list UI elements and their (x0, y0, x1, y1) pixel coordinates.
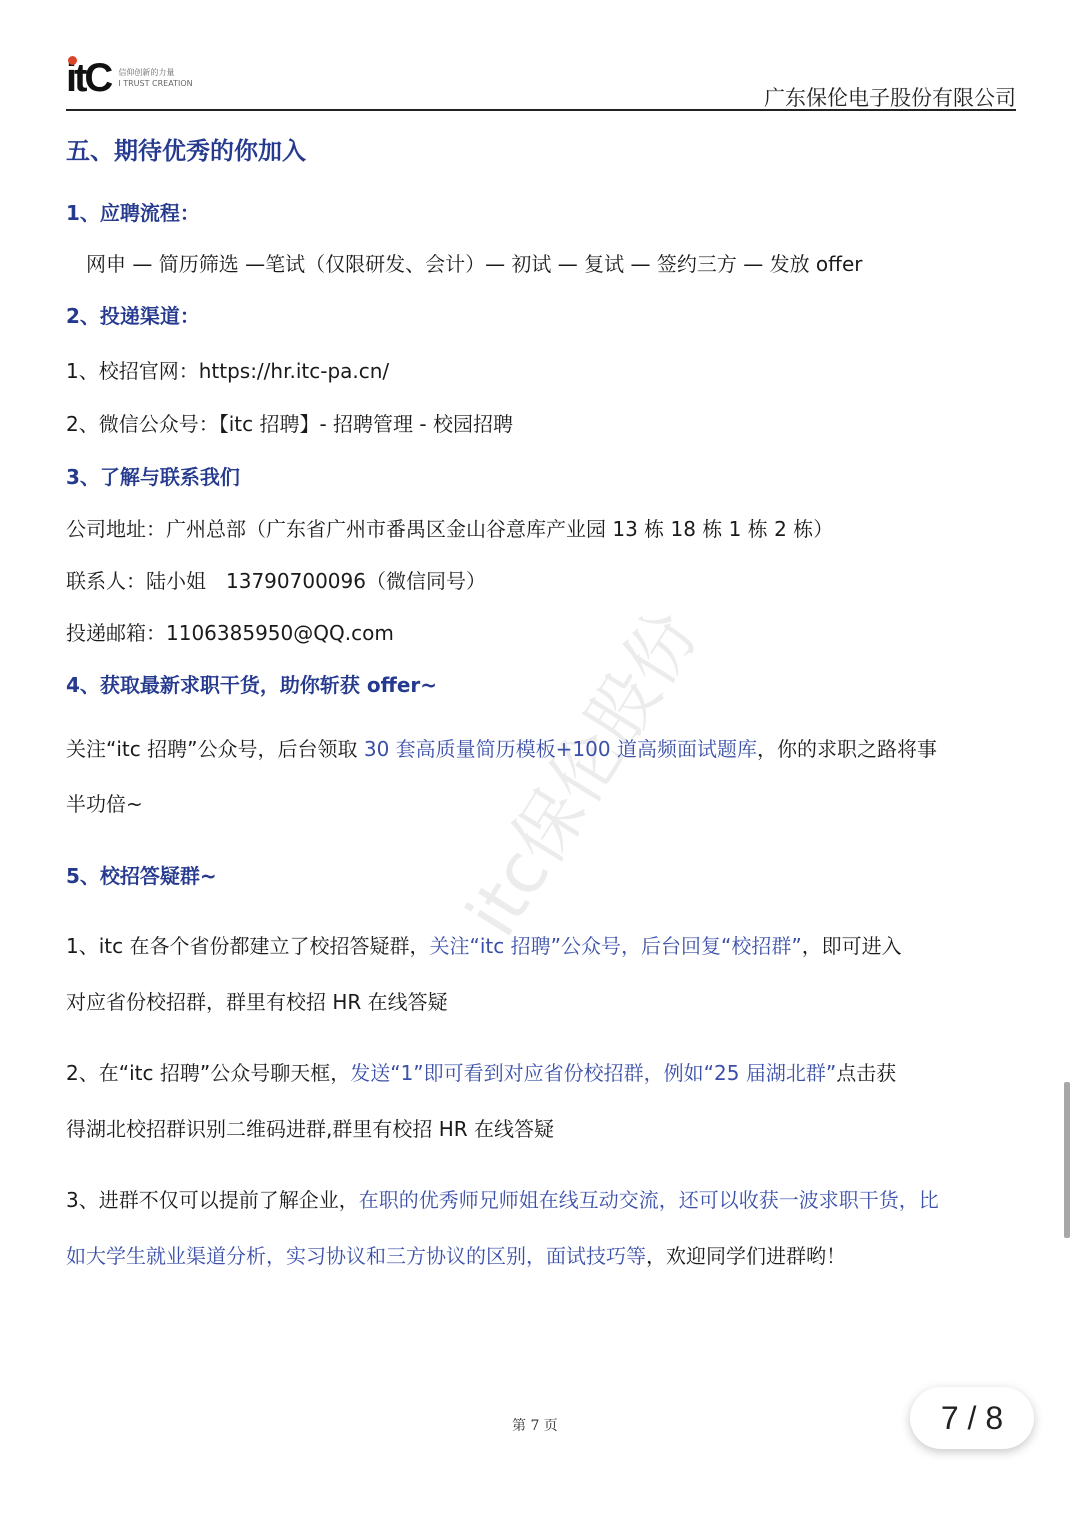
qa-item-1-line-1: 1、itc 在各个省份都建立了校招答疑群，关注“itc 招聘”公众号，后台回复“… (66, 930, 902, 959)
watermark: itc保伦股份 (438, 589, 717, 952)
contact-person: 联系人：陆小姐 13790700096（微信同号） (66, 565, 486, 594)
page-footer-number: 第 7 页 (512, 1415, 558, 1435)
logo-slogan-en: I TRUST CREATION (118, 78, 192, 89)
qa-item-1-highlight: 关注“itc 招聘”公众号，后台回复“校招群” (429, 934, 801, 958)
resources-text-end: ，你的求职之路将事 (757, 737, 937, 761)
logo-slogan-cn: 信仰创新的力量 (118, 67, 192, 78)
resources-line-1: 关注“itc 招聘”公众号，后台领取 30 套高质量简历模板+100 道高频面试… (66, 733, 937, 762)
heading-channels: 2、投递渠道： (66, 300, 200, 329)
page-header: itC 信仰创新的力量 I TRUST CREATION 广东保伦电子股份有限公… (66, 52, 1016, 112)
company-name: 广东保伦电子股份有限公司 (764, 82, 1016, 112)
logo-dot-icon (68, 56, 77, 65)
channel-website: 1、校招官网：https://hr.itc-pa.cn/ (66, 355, 389, 384)
qa-item-2-highlight: 发送“1”即可看到对应省份校招群，例如“25 届湖北群” (350, 1061, 836, 1085)
resources-text: 关注“itc 招聘”公众号，后台领取 (66, 737, 364, 761)
logo-mark: itC (66, 58, 110, 98)
contact-address: 公司地址：广州总部（广东省广州市番禺区金山谷意库产业园 13 栋 18 栋 1 … (66, 513, 833, 542)
qa-item-2-line-1: 2、在“itc 招聘”公众号聊天框，发送“1”即可看到对应省份校招群，例如“25… (66, 1057, 896, 1086)
process-steps: 网申 — 简历筛选 —笔试（仅限研发、会计）— 初试 — 复试 — 签约三方 —… (86, 248, 862, 277)
qa-item-2-text: 2、在“itc 招聘”公众号聊天框， (66, 1061, 350, 1085)
section-title: 五、期待优秀的你加入 (66, 131, 306, 166)
qa-item-3-text-end: ，欢迎同学们进群哟！ (646, 1244, 846, 1268)
contact-email: 投递邮箱：1106385950@QQ.com (66, 617, 394, 646)
channel-wechat: 2、微信公众号：【itc 招聘】- 招聘管理 - 校园招聘 (66, 408, 513, 437)
qa-item-3-line-1: 3、进群不仅可以提前了解企业，在职的优秀师兄师姐在线互动交流，还可以收获一波求职… (66, 1184, 939, 1213)
page-indicator[interactable]: 7 / 8 (910, 1387, 1034, 1449)
heading-resources: 4、获取最新求职干货，助你斩获 offer~ (66, 669, 437, 698)
resources-highlight: 30 套高质量简历模板+100 道高频面试题库 (364, 737, 757, 761)
scrollbar-thumb[interactable] (1064, 1082, 1070, 1238)
header-divider (66, 109, 1016, 111)
qa-item-3-line-2: 如大学生就业渠道分析，实习协议和三方协议的区别，面试技巧等，欢迎同学们进群哟！ (66, 1240, 846, 1269)
heading-process: 1、应聘流程： (66, 197, 200, 226)
qa-item-3-text: 3、进群不仅可以提前了解企业， (66, 1188, 359, 1212)
resources-line-2: 半功倍~ (66, 788, 143, 817)
heading-contact: 3、了解与联系我们 (66, 461, 240, 490)
qa-item-2-line-2: 得湖北校招群识别二维码进群,群里有校招 HR 在线答疑 (66, 1113, 554, 1142)
logo-slogan: 信仰创新的力量 I TRUST CREATION (118, 67, 192, 89)
heading-qa-group: 5、校招答疑群~ (66, 860, 217, 889)
qa-item-2-text-end: 点击获 (836, 1061, 896, 1085)
qa-item-3-highlight-cont: 如大学生就业渠道分析，实习协议和三方协议的区别，面试技巧等 (66, 1244, 646, 1268)
qa-item-1-line-2: 对应省份校招群，群里有校招 HR 在线答疑 (66, 986, 448, 1015)
itc-logo: itC 信仰创新的力量 I TRUST CREATION (66, 58, 193, 98)
qa-item-3-highlight: 在职的优秀师兄师姐在线互动交流，还可以收获一波求职干货，比 (359, 1188, 939, 1212)
qa-item-1-text-end: ，即可进入 (802, 934, 902, 958)
qa-item-1-text: 1、itc 在各个省份都建立了校招答疑群， (66, 934, 429, 958)
